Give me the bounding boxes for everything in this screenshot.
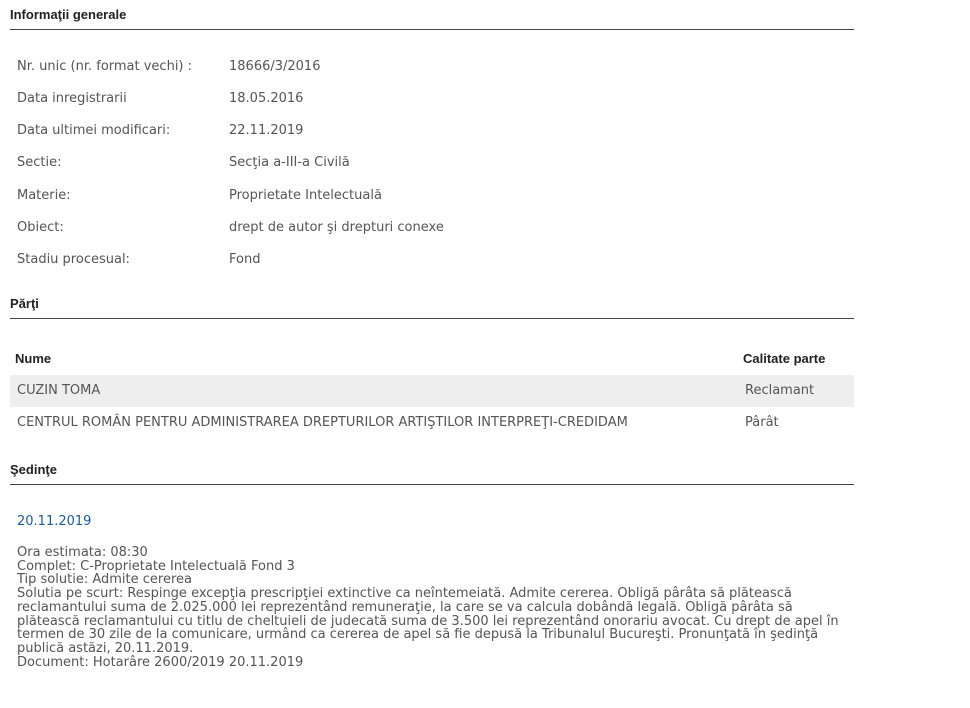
info-row-stadiu-procesual: Stadiu procesual:Fond (17, 252, 260, 268)
section-title-hearings: Şedinţe (10, 462, 854, 485)
info-value: 18.05.2016 (229, 91, 303, 107)
info-value: 18666/3/2016 (229, 59, 320, 75)
info-row-materie: Materie:Proprietate Intelectuală (17, 188, 382, 204)
party-name: CUZIN TOMA (17, 383, 100, 398)
info-label: Nr. unic (nr. format vechi) : (17, 59, 229, 75)
hearing-document: Document: Hotarâre 2600/2019 20.11.2019 (17, 656, 847, 670)
table-row: CUZIN TOMA Reclamant (10, 375, 854, 407)
info-row-data-inregistrarii: Data inregistrarii18.05.2016 (17, 91, 303, 107)
info-row-obiect: Obiect:drept de autor şi drepturi conexe (17, 220, 444, 236)
info-label: Stadiu procesual: (17, 252, 229, 268)
info-label: Data inregistrarii (17, 91, 229, 107)
party-role: Pârât (745, 415, 779, 430)
hearing-details: Ora estimata: 08:30 Complet: C-Proprieta… (17, 546, 847, 669)
hearing-time: Ora estimata: 08:30 (17, 546, 847, 560)
party-name: CENTRUL ROMÂN PENTRU ADMINISTRAREA DREPT… (17, 415, 628, 430)
parties-table-header: Nume Calitate parte (10, 343, 854, 375)
info-value: 22.11.2019 (229, 123, 303, 139)
info-row-nr-unic: Nr. unic (nr. format vechi) :18666/3/201… (17, 59, 320, 75)
hearing-solution-summary: Solutia pe scurt: Respinge excepţia pres… (17, 587, 847, 656)
party-role: Reclamant (745, 383, 814, 398)
info-label: Materie: (17, 188, 229, 204)
column-header-role: Calitate parte (743, 351, 825, 366)
parties-table: Nume Calitate parte CUZIN TOMA Reclamant… (10, 343, 854, 439)
info-label: Sectie: (17, 155, 229, 171)
info-label: Data ultimei modificari: (17, 123, 229, 139)
info-value: Secţia a-III-a Civilă (229, 155, 350, 171)
hearing-panel: Complet: C-Proprietate Intelectuală Fond… (17, 560, 847, 574)
hearing-solution-type: Tip solutie: Admite cererea (17, 573, 847, 587)
hearing-date-link[interactable]: 20.11.2019 (17, 514, 91, 530)
section-title-general: Informaţii generale (10, 7, 854, 30)
info-row-data-ultimei-modificari: Data ultimei modificari:22.11.2019 (17, 123, 303, 139)
info-value: Proprietate Intelectuală (229, 188, 382, 204)
column-header-name: Nume (15, 351, 51, 366)
section-title-parties: Părţi (10, 296, 854, 319)
info-label: Obiect: (17, 220, 229, 236)
info-value: Fond (229, 252, 260, 268)
info-value: drept de autor şi drepturi conexe (229, 220, 444, 236)
table-row: CENTRUL ROMÂN PENTRU ADMINISTRAREA DREPT… (10, 407, 854, 439)
info-row-sectie: Sectie:Secţia a-III-a Civilă (17, 155, 350, 171)
